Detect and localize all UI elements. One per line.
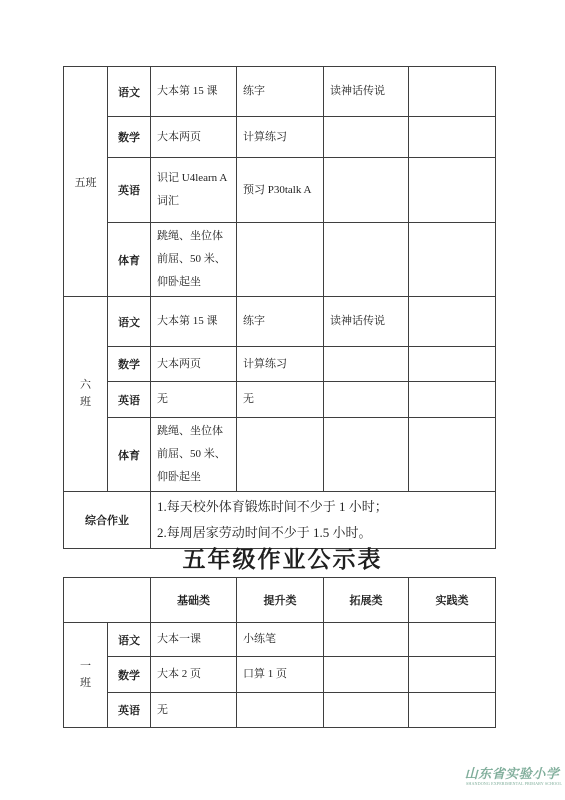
expand-homework-cell <box>324 623 409 657</box>
practice-homework-cell <box>409 223 496 297</box>
table-row: 英语 无 无 <box>64 382 496 418</box>
table-row: 数学 大本两页 计算练习 <box>64 117 496 158</box>
improve-homework-cell: 练字 <box>237 297 324 347</box>
table-row: 五班 语文 大本第 15 课 练字 读神话传说 <box>64 67 496 117</box>
basic-homework-cell: 跳绳、坐位体前屈、50 米、仰卧起坐 <box>151 418 237 492</box>
school-name-english: SHANDONG EXPERIMENTAL PRIMARY SCHOOL <box>466 782 558 786</box>
summary-line-1: 1.每天校外体育锻炼时间不少于 1 小时； <box>157 494 489 520</box>
summary-content-cell: 1.每天校外体育锻炼时间不少于 1 小时； 2.每周居家劳动时间不少于 1.5 … <box>151 492 496 549</box>
subject-cell: 语文 <box>108 67 151 117</box>
subject-cell: 数学 <box>108 657 151 693</box>
basic-homework-cell: 大本第 15 课 <box>151 67 237 117</box>
basic-homework-cell: 识记 U4learn A 词汇 <box>151 158 237 223</box>
header-row: 基础类 提升类 拓展类 实践类 <box>64 578 496 623</box>
subject-cell: 数学 <box>108 117 151 158</box>
expand-homework-cell <box>324 117 409 158</box>
upper-homework-table: 五班 语文 大本第 15 课 练字 读神话传说 数学 大本两页 计算练习 英语 … <box>63 66 496 549</box>
class-6-label-cell: 六班 <box>64 297 108 492</box>
subject-cell: 语文 <box>108 623 151 657</box>
expand-homework-cell <box>324 382 409 418</box>
column-header-basic: 基础类 <box>151 578 237 623</box>
practice-homework-cell <box>409 418 496 492</box>
class-1-label-cell: 一班 <box>64 623 108 728</box>
subject-cell: 英语 <box>108 693 151 728</box>
summary-row: 综合作业 1.每天校外体育锻炼时间不少于 1 小时； 2.每周居家劳动时间不少于… <box>64 492 496 549</box>
practice-homework-cell <box>409 347 496 382</box>
improve-homework-cell <box>237 223 324 297</box>
table-row: 英语 识记 U4learn A 词汇 预习 P30talk A <box>64 158 496 223</box>
column-header-practice: 实践类 <box>409 578 496 623</box>
table-row: 英语 无 <box>64 693 496 728</box>
expand-homework-cell: 读神话传说 <box>324 297 409 347</box>
improve-homework-cell: 预习 P30talk A <box>237 158 324 223</box>
improve-homework-cell: 计算练习 <box>237 117 324 158</box>
improve-homework-cell: 无 <box>237 382 324 418</box>
table-row: 数学 大本 2 页 口算 1 页 <box>64 657 496 693</box>
subject-cell: 英语 <box>108 382 151 418</box>
basic-homework-cell: 无 <box>151 693 237 728</box>
basic-homework-cell: 大本一课 <box>151 623 237 657</box>
subject-cell: 体育 <box>108 223 151 297</box>
page-title: 五年级作业公示表 <box>0 541 565 574</box>
expand-homework-cell: 读神话传说 <box>324 67 409 117</box>
expand-homework-cell <box>324 223 409 297</box>
practice-homework-cell <box>409 693 496 728</box>
summary-label-cell: 综合作业 <box>64 492 151 549</box>
practice-homework-cell <box>409 117 496 158</box>
improve-homework-cell: 小练笔 <box>237 623 324 657</box>
column-header-expand: 拓展类 <box>324 578 409 623</box>
table-row: 六班 语文 大本第 15 课 练字 读神话传说 <box>64 297 496 347</box>
expand-homework-cell <box>324 693 409 728</box>
practice-homework-cell <box>409 382 496 418</box>
document-page: 五班 语文 大本第 15 课 练字 读神话传说 数学 大本两页 计算练习 英语 … <box>0 0 565 800</box>
practice-homework-cell <box>409 297 496 347</box>
class-6-label: 六班 <box>79 377 92 411</box>
table-row: 体育 跳绳、坐位体前屈、50 米、仰卧起坐 <box>64 418 496 492</box>
table-row: 体育 跳绳、坐位体前屈、50 米、仰卧起坐 <box>64 223 496 297</box>
corner-cell <box>64 578 151 623</box>
basic-homework-cell: 跳绳、坐位体前屈、50 米、仰卧起坐 <box>151 223 237 297</box>
improve-homework-cell: 练字 <box>237 67 324 117</box>
expand-homework-cell <box>324 158 409 223</box>
practice-homework-cell <box>409 657 496 693</box>
practice-homework-cell <box>409 623 496 657</box>
table-row: 一班 语文 大本一课 小练笔 <box>64 623 496 657</box>
lower-homework-table: 基础类 提升类 拓展类 实践类 一班 语文 大本一课 小练笔 数学 大本 2 页… <box>63 577 496 728</box>
expand-homework-cell <box>324 657 409 693</box>
class-5-label-cell: 五班 <box>64 67 108 297</box>
column-header-improve: 提升类 <box>237 578 324 623</box>
basic-homework-cell: 大本两页 <box>151 117 237 158</box>
subject-cell: 语文 <box>108 297 151 347</box>
practice-homework-cell <box>409 158 496 223</box>
subject-cell: 数学 <box>108 347 151 382</box>
improve-homework-cell <box>237 418 324 492</box>
expand-homework-cell <box>324 347 409 382</box>
subject-cell: 体育 <box>108 418 151 492</box>
subject-cell: 英语 <box>108 158 151 223</box>
practice-homework-cell <box>409 67 496 117</box>
class-5-label: 五班 <box>75 177 97 189</box>
basic-homework-cell: 大本 2 页 <box>151 657 237 693</box>
class-1-label: 一班 <box>79 658 92 692</box>
school-name-chinese: 山东省实验小学 <box>462 767 562 780</box>
basic-homework-cell: 大本第 15 课 <box>151 297 237 347</box>
table-row: 数学 大本两页 计算练习 <box>64 347 496 382</box>
improve-homework-cell <box>237 693 324 728</box>
basic-homework-cell: 无 <box>151 382 237 418</box>
basic-homework-cell: 大本两页 <box>151 347 237 382</box>
expand-homework-cell <box>324 418 409 492</box>
improve-homework-cell: 计算练习 <box>237 347 324 382</box>
school-watermark: 山东省实验小学 SHANDONG EXPERIMENTAL PRIMARY SC… <box>462 767 562 787</box>
improve-homework-cell: 口算 1 页 <box>237 657 324 693</box>
